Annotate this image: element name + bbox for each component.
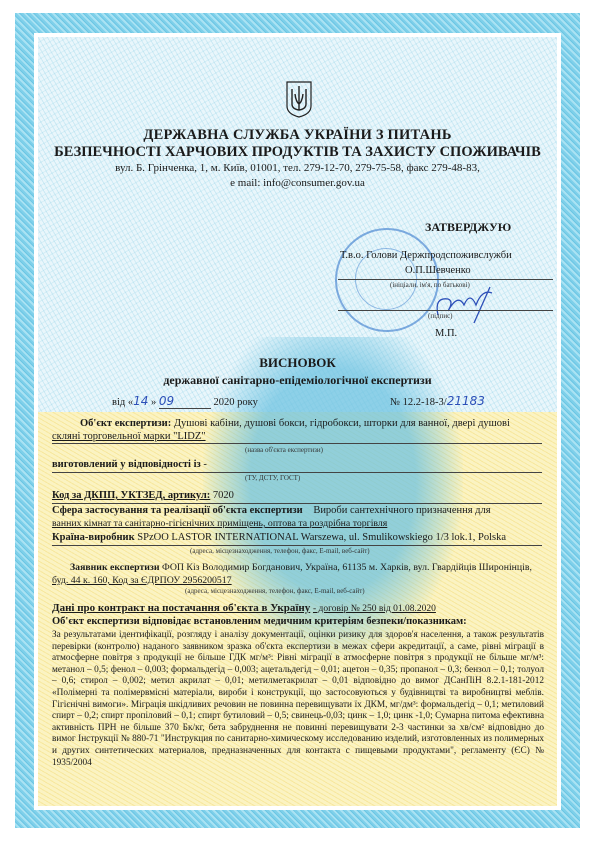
applicant-field: Заявник експертизи ФОП Кіз Володимир Бог… <box>70 562 532 573</box>
approval-title: ЗАТВЕРДЖУЮ <box>425 220 511 235</box>
country-underline <box>52 545 542 546</box>
document-content: ДЕРЖАВНА СЛУЖБА УКРАЇНИ З ПИТАНЬ БЕЗПЕЧН… <box>0 0 595 842</box>
approver-position: Т.в.о. Голови Держпродспоживслужби <box>340 250 512 261</box>
scope-field-line2: ванних кімнат та санітарно-гігієнічних п… <box>52 518 387 529</box>
date-day: 14 <box>133 394 148 408</box>
official-seal-stamp <box>335 228 439 332</box>
name-underline <box>338 279 553 280</box>
object-caption: (назва об'єкта експертизи) <box>245 446 323 454</box>
agency-email: e mail: info@consumer.gov.ua <box>0 177 595 189</box>
object-field: Об'єкт експертизи: Душові кабіни, душові… <box>80 418 510 429</box>
trident-emblem-icon <box>285 80 313 118</box>
conformity-statement: Об'єкт експертизи відповідає встановлени… <box>52 616 467 627</box>
document-subtitle: державної санітарно-епідеміологічної екс… <box>0 373 595 388</box>
document-title: ВИСНОВОК <box>0 355 595 371</box>
made-caption: (ТУ, ДСТУ, ГОСТ) <box>245 474 300 482</box>
country-caption: (адреса, місцезнаходження, телефон, факс… <box>190 547 370 555</box>
applicant-field-line2: буд. 44 к. 160, Код за ЄДРПОУ 2956200517 <box>52 575 232 586</box>
code-underline <box>52 503 542 504</box>
document-date: від «14 » 09 2020 року <box>112 394 258 409</box>
signature-underline <box>338 310 553 311</box>
findings-paragraph: За результатами ідентифікації, розгляду … <box>52 630 544 769</box>
object-underline <box>52 443 542 444</box>
made-underline <box>52 472 542 473</box>
agency-title-line2: БЕЗПЕЧНОСТІ ХАРЧОВИХ ПРОДУКТІВ ТА ЗАХИСТ… <box>0 144 595 161</box>
agency-title-line1: ДЕРЖАВНА СЛУЖБА УКРАЇНИ З ПИТАНЬ <box>0 127 595 144</box>
agency-address: вул. Б. Грінченка, 1, м. Київ, 01001, те… <box>0 162 595 174</box>
scope-field: Сфера застосування та реалізації об'єкта… <box>52 505 491 516</box>
country-field: Країна-виробник SPzOO LASTOR INTERNATION… <box>52 532 506 543</box>
object-field-line2: скляні торговельної марки "LIDZ" <box>52 431 206 442</box>
made-field: виготовлений у відповідності із - <box>52 459 207 470</box>
code-field: Код за ДКПП, УКТЗЕД, артикул: 7020 <box>52 490 234 501</box>
seal-mark: М.П. <box>435 328 457 339</box>
date-month: 09 <box>159 394 211 409</box>
document-number: № 12.2-18-3/21183 <box>390 394 485 408</box>
approver-name: О.П.Шевченко <box>405 265 471 276</box>
applicant-caption: (адреса, місцезнаходження, телефон, факс… <box>185 587 365 595</box>
signature-caption: (підпис) <box>428 312 453 320</box>
number-handwritten: 21183 <box>447 394 485 408</box>
contract-field: Дані про контракт на постачання об'єкта … <box>52 602 436 614</box>
